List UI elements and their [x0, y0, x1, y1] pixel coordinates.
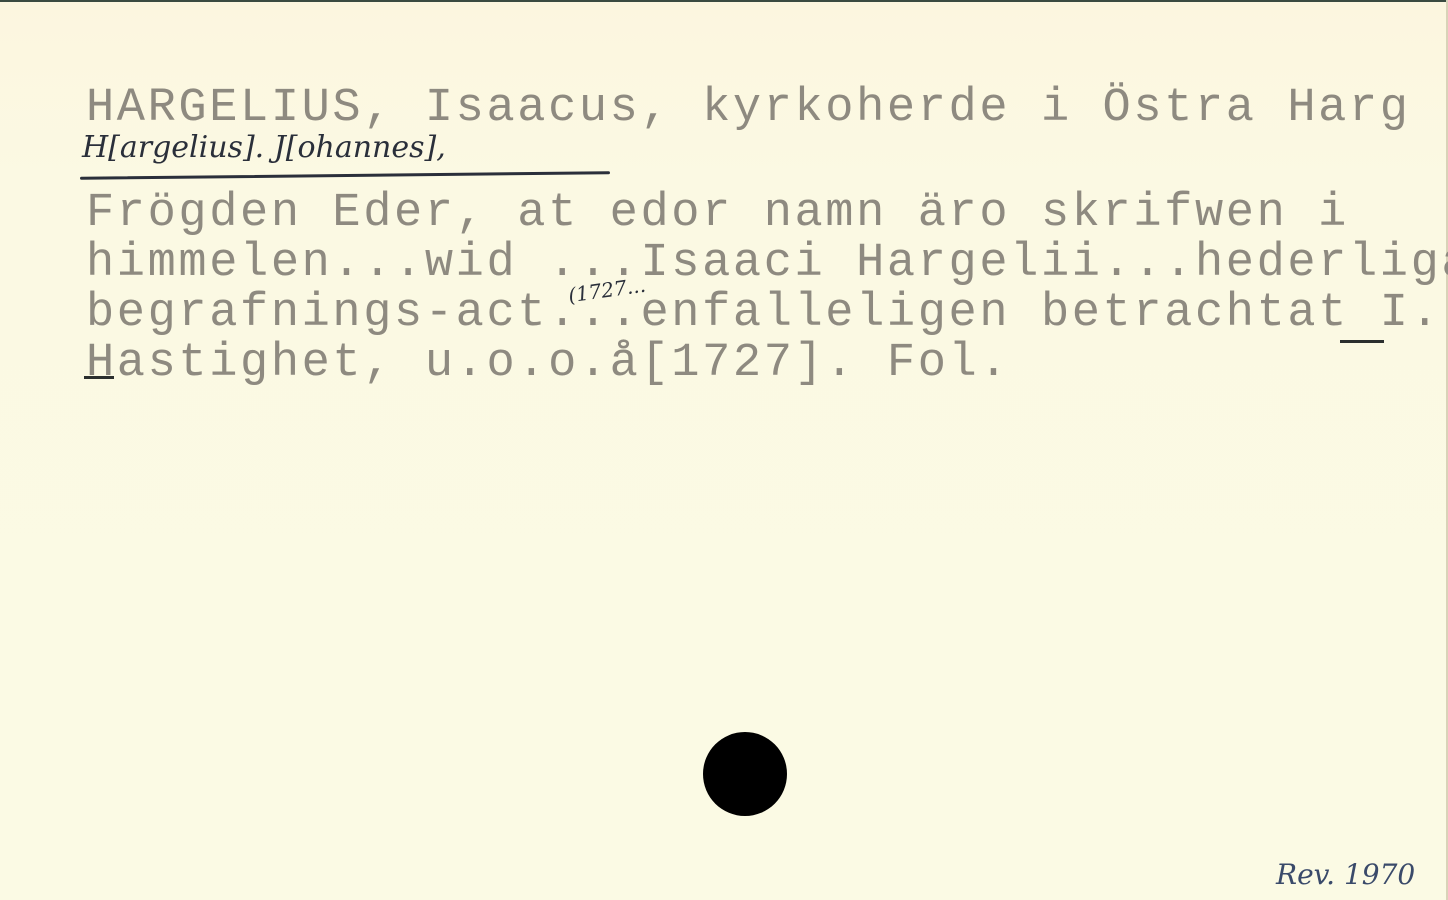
typed-title-line-1: Frögden Eder, at edor namn äro skrifwen … [86, 190, 1349, 237]
typed-imprint-line: Hastighet, u.o.o.å[1727]. Fol. [86, 340, 1010, 387]
underline-mark-H [84, 376, 114, 379]
typed-title-line-2: himmelen...wid ...Isaaci Hargelii...hede… [86, 240, 1448, 287]
handwritten-author-correction: H[argelius]. J[ohannes], [82, 130, 446, 165]
handwritten-underline [80, 171, 610, 180]
typed-title-line-3: begrafnings-act...enfalleligen betrachta… [86, 290, 1441, 337]
revision-note: Rev. 1970 [1276, 858, 1415, 891]
punch-hole [703, 732, 787, 816]
typed-heading-line: HARGELIUS, Isaacus, kyrkoherde i Östra H… [86, 85, 1411, 132]
card-top-edge [0, 0, 1448, 2]
underline-mark-I [1340, 340, 1384, 343]
catalog-card: HARGELIUS, Isaacus, kyrkoherde i Östra H… [0, 0, 1448, 900]
